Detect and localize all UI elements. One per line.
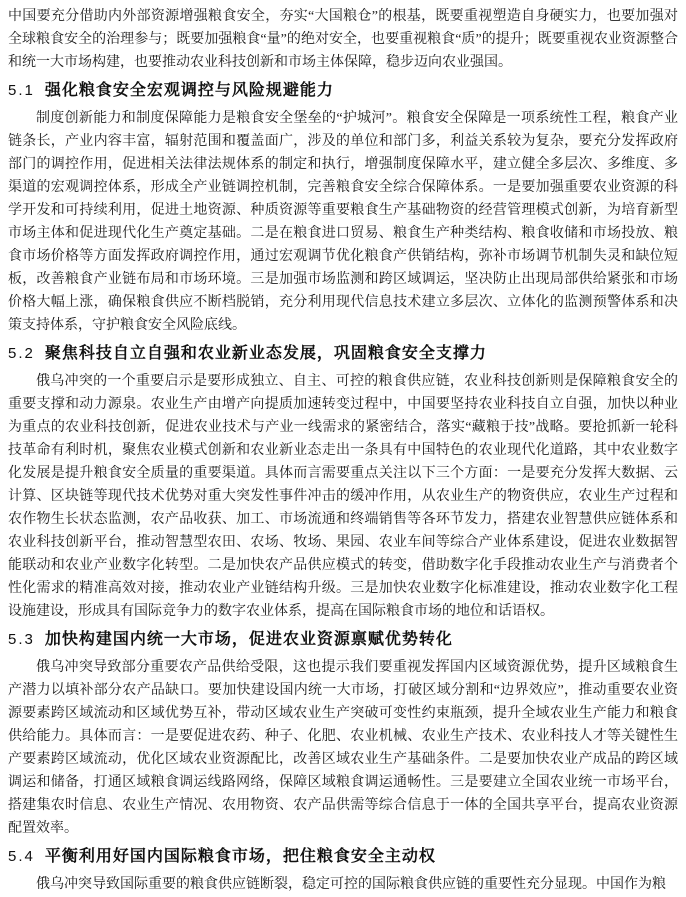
section-heading-5-1: 5.1 强化粮食安全宏观调控与风险规避能力 bbox=[8, 80, 678, 101]
section-heading-5-3: 5.3 加快构建国内统一大市场，促进农业资源禀赋优势转化 bbox=[8, 629, 678, 650]
section-title: 加快构建国内统一大市场，促进农业资源禀赋优势转化 bbox=[45, 629, 453, 650]
section-number: 5.1 bbox=[8, 80, 35, 101]
section-paragraph: 俄乌冲突导致部分重要农产品供给受限，这也提示我们要重视发挥国内区域资源优势，提升… bbox=[8, 656, 678, 840]
section-paragraph: 制度创新能力和制度保障能力是粮食安全堡垒的“护城河”。粮食安全保障是一项系统性工… bbox=[8, 107, 678, 337]
section-number: 5.2 bbox=[8, 343, 35, 364]
section-title: 强化粮食安全宏观调控与风险规避能力 bbox=[45, 80, 334, 101]
document-page: 中国要充分借助内外部资源增强粮食安全，夯实“大国粮仓”的根基，既要重视塑造自身硬… bbox=[0, 0, 686, 897]
section-number: 5.3 bbox=[8, 629, 35, 650]
intro-paragraph: 中国要充分借助内外部资源增强粮食安全，夯实“大国粮仓”的根基，既要重视塑造自身硬… bbox=[8, 5, 678, 74]
section-heading-5-2: 5.2 聚焦科技自立自强和农业新业态发展，巩固粮食安全支撑力 bbox=[8, 343, 678, 364]
section-title: 聚焦科技自立自强和农业新业态发展，巩固粮食安全支撑力 bbox=[45, 343, 487, 364]
section-paragraph: 俄乌冲突的一个重要启示是要形成独立、自主、可控的粮食供应链，农业科技创新则是保障… bbox=[8, 370, 678, 623]
section-number: 5.4 bbox=[8, 846, 35, 867]
section-heading-5-4: 5.4 平衡利用好国内国际粮食市场，把住粮食安全主动权 bbox=[8, 846, 678, 867]
section-title: 平衡利用好国内国际粮食市场，把住粮食安全主动权 bbox=[45, 846, 436, 867]
section-paragraph: 俄乌冲突导致国际重要的粮食供应链断裂，稳定可控的国际粮食供应链的重要性充分显现。… bbox=[8, 873, 678, 896]
